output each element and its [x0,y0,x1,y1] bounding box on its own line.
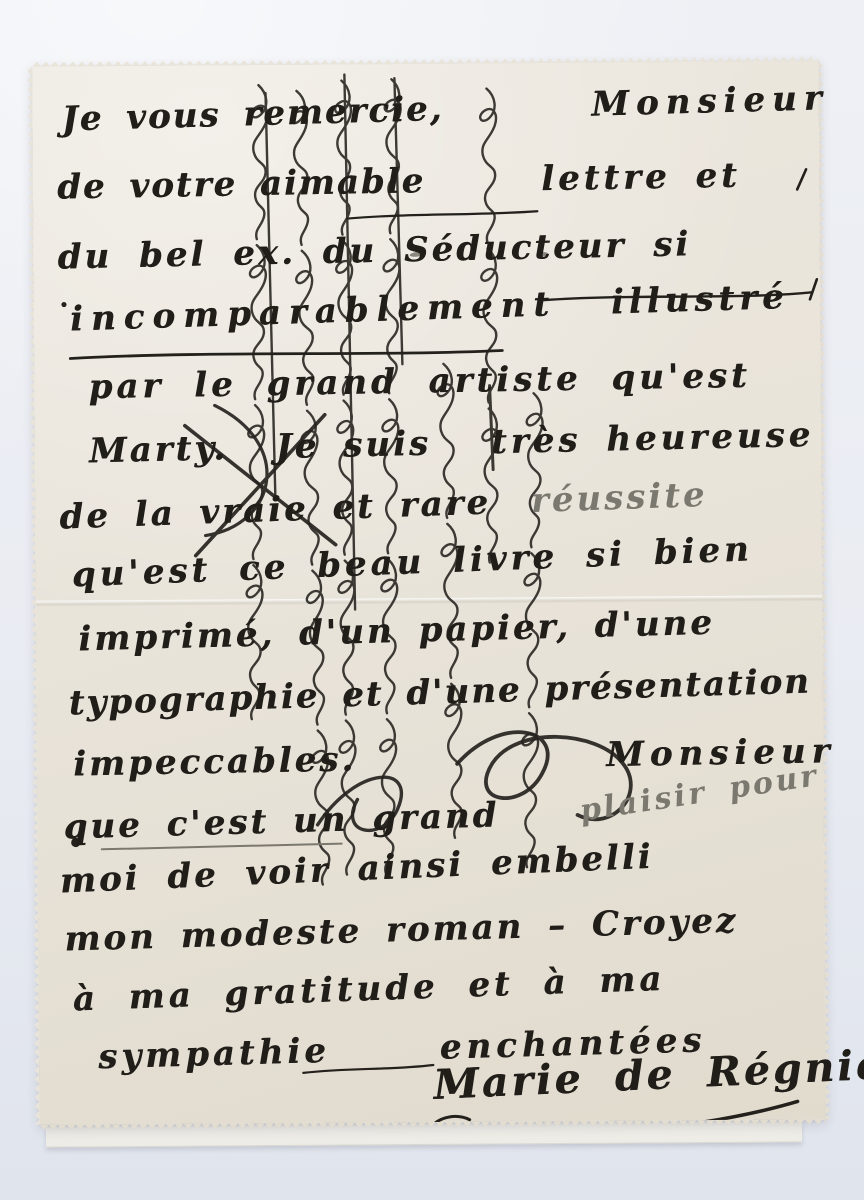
text-run: de votre aimable [57,161,426,207]
text-run: Marty. Je suis [89,424,432,472]
letter-line-5: par le grand artiste qu'est [88,359,751,406]
letter-line-10: typographie et d'une présentation [68,665,811,723]
letter-underflap [46,1121,802,1147]
letter-line-1: Je vous remercie,Monsieur [61,81,829,138]
letter-line-6: Marty. Je suistrès heureuse [89,418,815,470]
text-run: très heureuse [491,418,815,461]
letter-line-4: incomparablementillustré [70,280,790,338]
text-run: à ma gratitude et à ma [72,959,666,1020]
letter-line-8: qu'est ce beau livre si bien [71,532,753,594]
letter-line-3: du bel ex. du Séducteur si [57,227,691,276]
text-run: Je vous remercie, [61,89,444,140]
letter-line-15: à ma gratitude et à ma [72,962,666,1018]
text-run: de la vraie et rare [59,483,492,538]
perforated-edge-left [27,67,39,1125]
photo-backdrop: Je vous remercie,Monsieur de votre aimab… [0,0,864,1200]
ink-strokes-overlay [32,61,825,1124]
letter-line-14: mon modeste roman – Croyez [64,904,739,958]
letter-line-7: de la vraie et rareréussite [59,478,708,536]
letter-line-2: de votre aimablelettre et [57,159,741,207]
letter-line-13: moi de voir ainsi embelli [59,840,654,901]
text-run-faded: réussite [530,478,708,520]
text-run: incomparablement [69,284,557,339]
perforated-edge-top [32,56,818,66]
text-run: lettre et [541,159,741,198]
text-run: mon modeste roman – Croyez [64,901,739,960]
text-run: qu'est ce beau livre si bien [71,529,753,595]
text-run: impeccables. [73,740,357,785]
text-run: Monsieur [591,81,829,123]
text-run: imprimé, d'un papier, d'une [78,603,716,660]
text-run: moi de voir ainsi embelli [59,837,654,902]
text-run: par le grand artiste qu'est [88,356,751,408]
text-run: du bel ex. du Séducteur si [57,224,691,277]
letter-card: Je vous remercie,Monsieur de votre aimab… [32,61,825,1124]
letter-line-12: que c'est un grandplaisir pour [63,789,823,846]
perforated-edge-right [818,61,830,1119]
text-run: typographie et d'une présentation [68,662,811,724]
letter-line-9: imprimé, d'un papier, d'une [78,606,715,658]
text-run: que c'est un grand [63,795,500,847]
text-run: sympathie [98,1031,331,1077]
text-run: illustré [610,280,789,321]
